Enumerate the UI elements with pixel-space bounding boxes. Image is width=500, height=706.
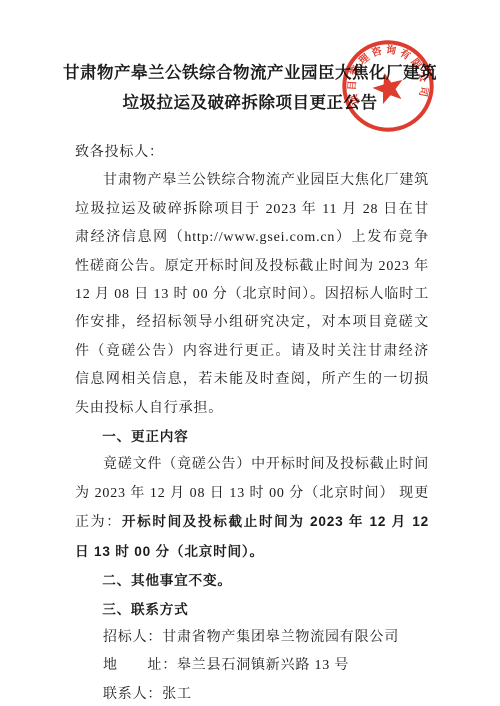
section3-heading: 三、联系方式 (75, 596, 429, 624)
contact-tenderer-value: 甘肃省物产集团皋兰物流园有限公司 (162, 630, 399, 645)
section1-heading: 一、更正内容 (75, 423, 429, 451)
contact-person-label: 联系人： (103, 687, 162, 702)
contact-address-line: 地 址：皋兰县石洞镇新兴路 13 号 (75, 652, 429, 680)
intro-paragraph: 甘肃物产皋兰公铁综合物流产业园臣大焦化厂建筑垃圾拉运及破碎拆除项目于 2023 … (75, 167, 429, 423)
salutation: 致各投标人： (75, 139, 429, 167)
document-body: 致各投标人： 甘肃物产皋兰公铁综合物流产业园臣大焦化厂建筑垃圾拉运及破碎拆除项目… (75, 139, 429, 706)
contact-address-label: 地 址： (103, 658, 177, 673)
title-line-1: 甘肃物产皋兰公铁综合物流产业园臣大焦化厂建筑 (30, 58, 470, 88)
contact-tenderer-line: 招标人：甘肃省物产集团皋兰物流园有限公司 (75, 624, 429, 652)
section1-paragraph: 竟磋文件（竟磋公告）中开标时间及投标截止时间为 2023 年 12 月 08 日… (75, 451, 429, 567)
section2-heading: 二、其他事宜不变。 (75, 567, 429, 595)
contact-person-value: 张工 (162, 687, 192, 702)
page-title: 甘肃物产皋兰公铁综合物流产业园臣大焦化厂建筑 垃圾拉运及破碎拆除项目更正公告 (30, 58, 470, 118)
document-page: 甘肃物产皋兰公铁综合物流产业园臣大焦化厂建筑 垃圾拉运及破碎拆除项目更正公告 项… (0, 0, 500, 706)
section1-text-corrected-time: 开标时间及投标截止时间为 2023 年 12 月 12 日 13 时 00 分（… (75, 514, 429, 558)
contact-person-line: 联系人：张工 (75, 681, 429, 706)
title-line-2: 垃圾拉运及破碎拆除项目更正公告 (30, 88, 470, 118)
contact-address-value: 皋兰县石洞镇新兴路 13 号 (177, 658, 349, 673)
contact-tenderer-label: 招标人： (103, 630, 162, 645)
